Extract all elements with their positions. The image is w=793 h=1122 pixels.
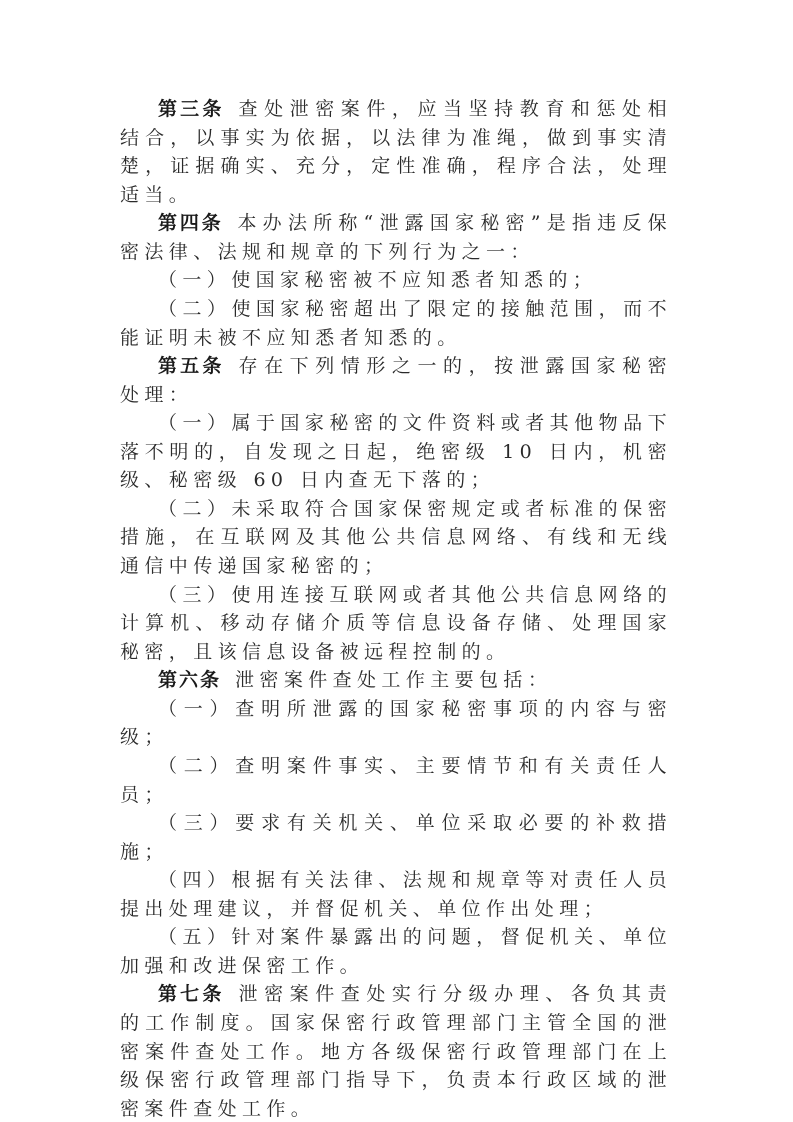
article-6-item-4: （四）根据有关法律、法规和规章等对责任人员提出处理建议，并督促机关、单位作出处理… xyxy=(120,866,672,923)
article-number: 第五条 xyxy=(158,355,225,377)
article-6-item-3: （三）要求有关机关、单位采取必要的补救措施； xyxy=(120,809,672,866)
article-5-item-2: （二）未采取符合国家保密规定或者标准的保密措施，在互联网及其他公共信息网络、有线… xyxy=(120,495,672,581)
article-5: 第五条存在下列情形之一的，按泄露国家秘密处理： xyxy=(120,352,672,409)
article-6-item-5: （五）针对案件暴露出的问题，督促机关、单位加强和改进保密工作。 xyxy=(120,923,672,980)
article-4-item-1: （一）使国家秘密被不应知悉者知悉的； xyxy=(120,266,672,295)
article-number: 第三条 xyxy=(158,98,225,120)
article-5-item-1: （一）属于国家秘密的文件资料或者其他物品下落不明的，自发现之日起，绝密级 10 … xyxy=(120,409,672,495)
article-6: 第六条泄密案件查处工作主要包括： xyxy=(120,666,672,695)
article-3: 第三条查处泄密案件，应当坚持教育和惩处相结合，以事实为依据，以法律为准绳，做到事… xyxy=(120,95,672,209)
article-4-item-2: （二）使国家秘密超出了限定的接触范围，而不能证明未被不应知悉者知悉的。 xyxy=(120,295,672,352)
article-number: 第七条 xyxy=(158,983,225,1005)
article-number: 第四条 xyxy=(158,212,223,234)
article-6-item-1: （一）查明所泄露的国家秘密事项的内容与密级； xyxy=(120,695,672,752)
article-5-item-3: （三）使用连接互联网或者其他公共信息网络的计算机、移动存储介质等信息设备存储、处… xyxy=(120,581,672,667)
article-6-item-2: （二）查明案件事实、主要情节和有关责任人员； xyxy=(120,752,672,809)
document-page: 第三条查处泄密案件，应当坚持教育和惩处相结合，以事实为依据，以法律为准绳，做到事… xyxy=(120,95,672,1122)
article-7: 第七条泄密案件查处实行分级办理、各负其责的工作制度。国家保密行政管理部门主管全国… xyxy=(120,980,672,1122)
article-text: 泄密案件查处工作主要包括： xyxy=(235,669,552,691)
article-4: 第四条本办法所称“泄露国家秘密”是指违反保密法律、法规和规章的下列行为之一： xyxy=(120,209,672,266)
article-number: 第六条 xyxy=(158,669,221,691)
